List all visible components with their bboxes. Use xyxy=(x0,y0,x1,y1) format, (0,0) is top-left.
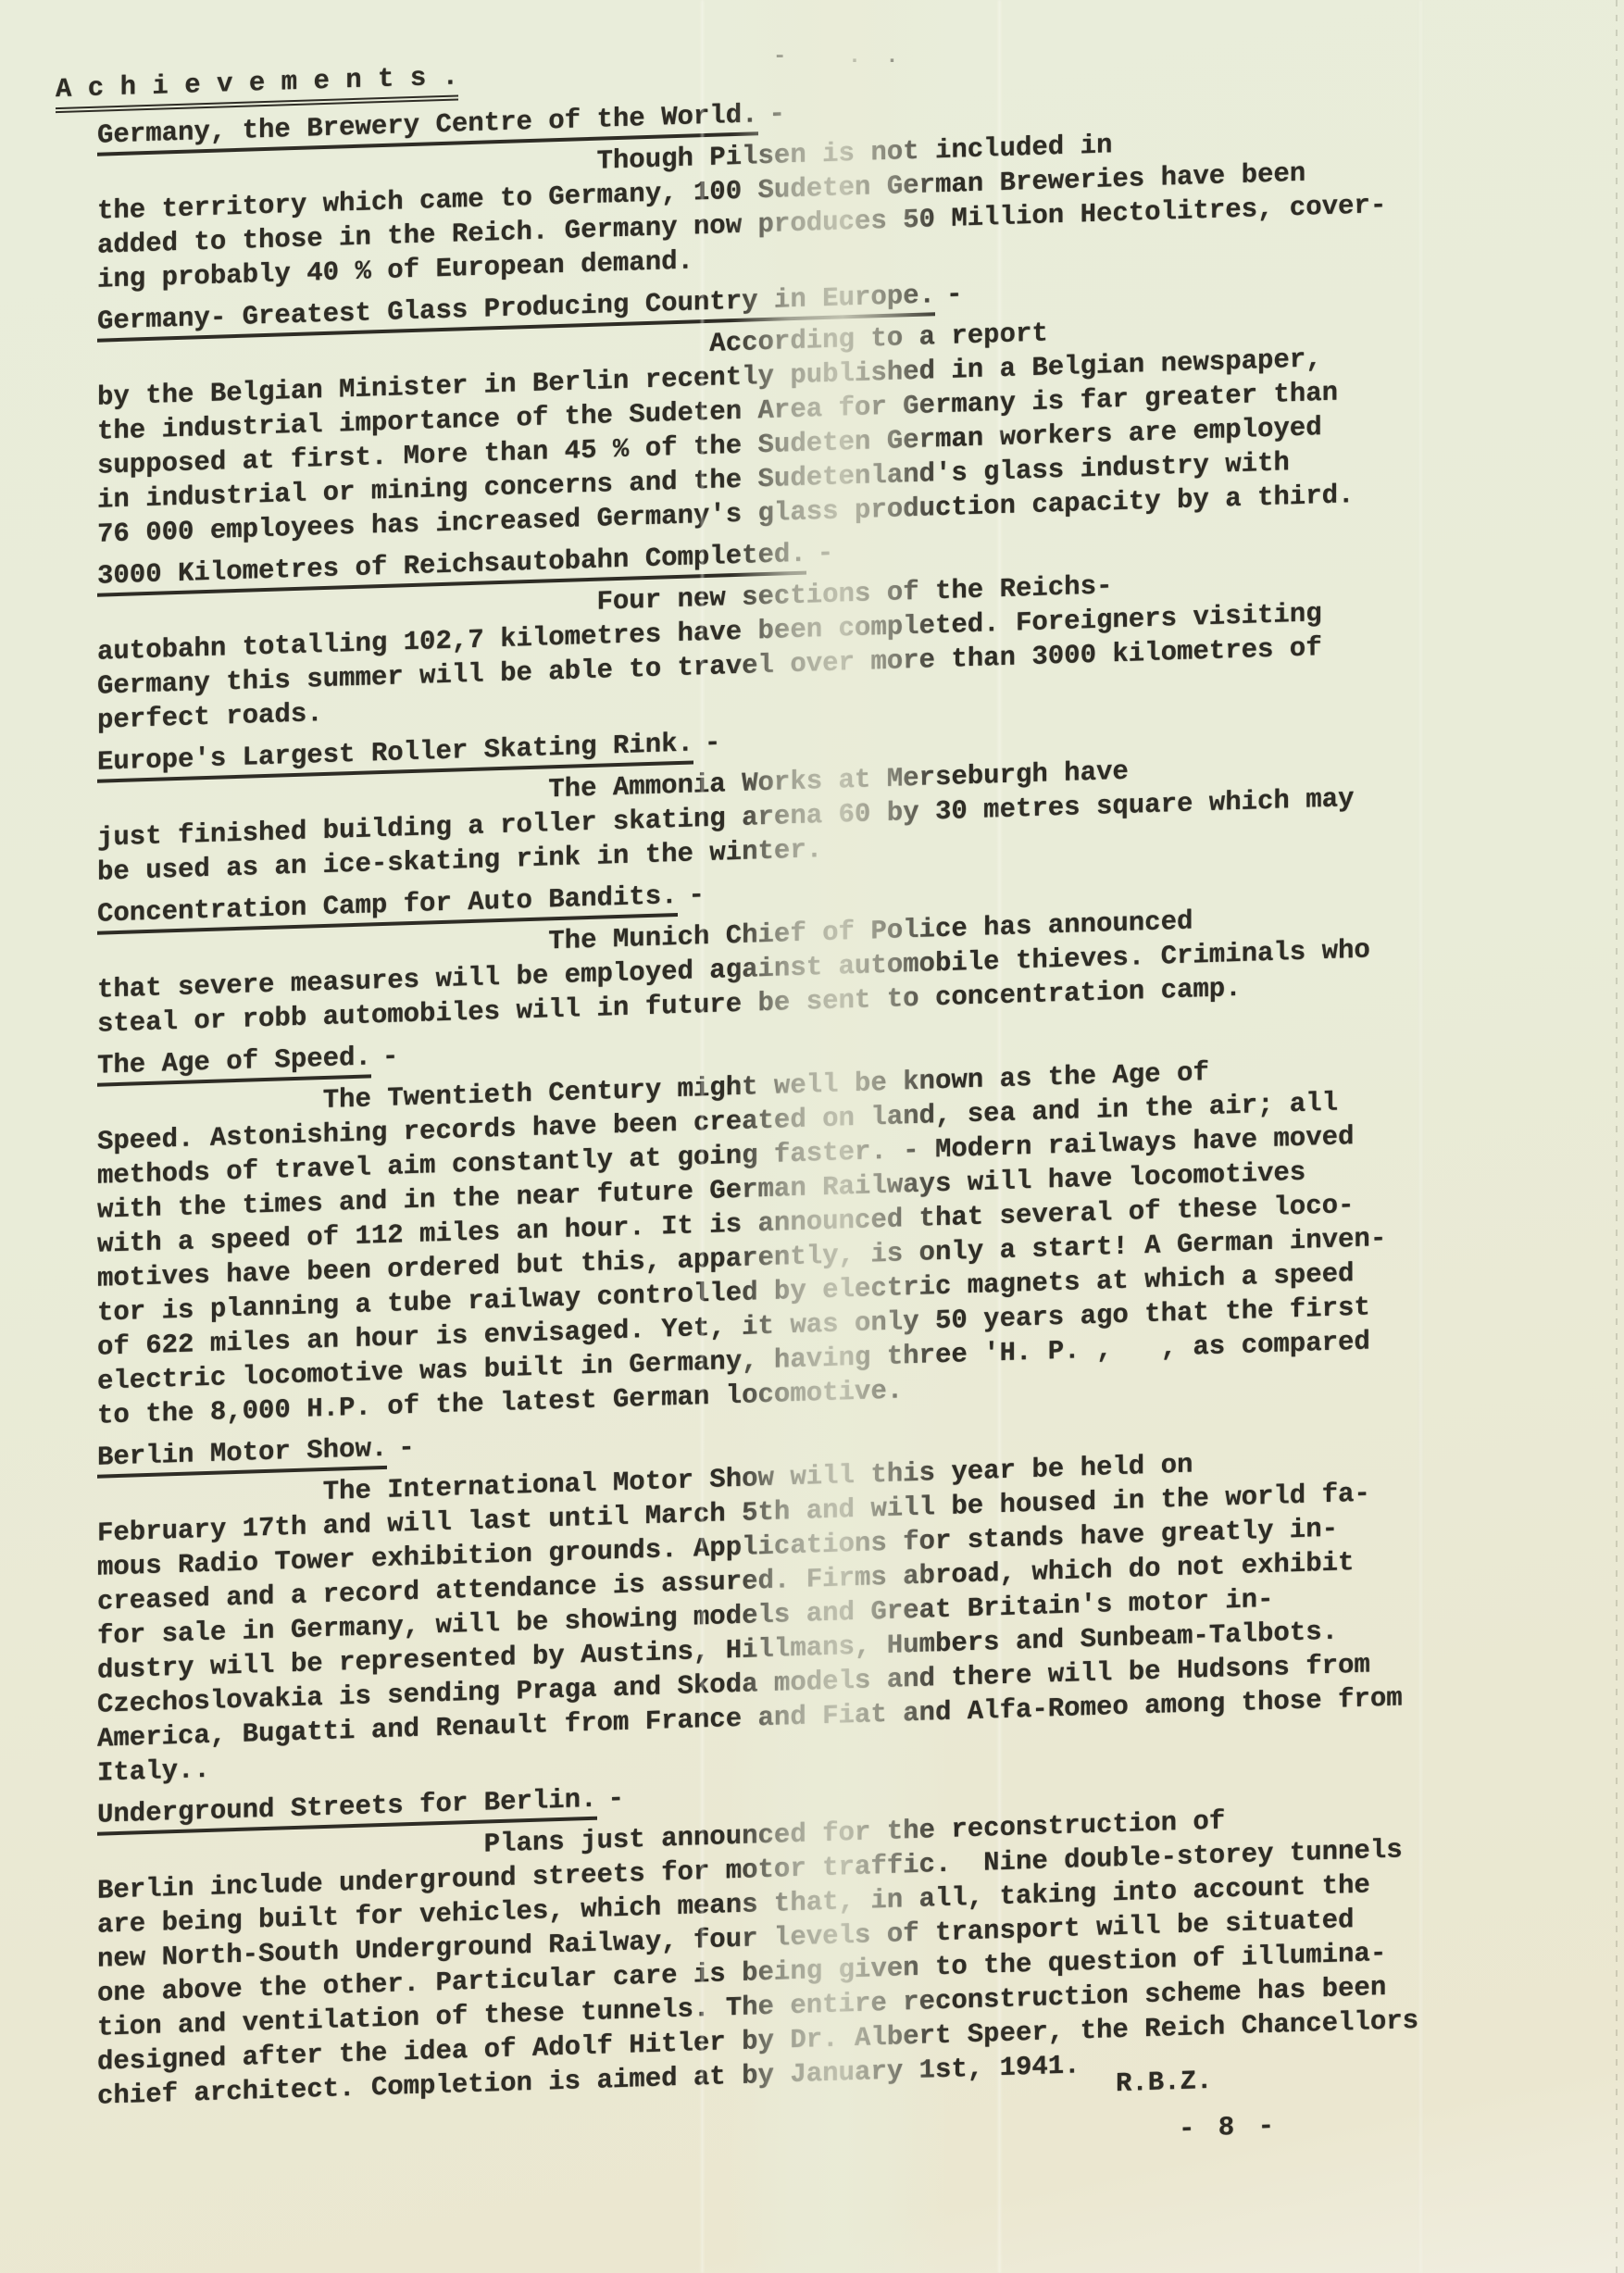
heading-dash: - xyxy=(387,1432,414,1464)
section-heading-text: The Age of Speed. xyxy=(97,1042,371,1086)
document-content: A c h i e v e m e n t s . Germany, the B… xyxy=(0,23,1624,2183)
heading-dash: - xyxy=(806,538,833,569)
section-heading-text: Berlin Motor Show. xyxy=(97,1433,387,1479)
news-section: Germany- Greatest Glass Producing Countr… xyxy=(0,256,1624,555)
news-section: Berlin Motor Show.- The International Mo… xyxy=(0,1393,1624,1793)
heading-dash: - xyxy=(693,728,720,759)
heading-dash: - xyxy=(597,1783,624,1815)
section-body: The Twentieth Century might well be know… xyxy=(97,1043,1624,1433)
section-body: The International Motor Show will this y… xyxy=(97,1434,1624,1791)
sections: Germany, the Brewery Centre of the World… xyxy=(0,70,1624,2117)
section-body: According to a reportby the Belgian Mini… xyxy=(97,298,1624,552)
heading-dash: - xyxy=(678,880,705,911)
heading-dash: - xyxy=(935,279,962,310)
news-section: The Age of Speed.- The Twentieth Century… xyxy=(0,1001,1624,1436)
document-title-text: A c h i e v e m e n t s . xyxy=(56,61,458,113)
heading-dash: - xyxy=(371,1041,398,1072)
heading-dash: - xyxy=(758,98,785,130)
document-page: - .. A c h i e v e m e n t s . Germany, … xyxy=(0,0,1624,2273)
